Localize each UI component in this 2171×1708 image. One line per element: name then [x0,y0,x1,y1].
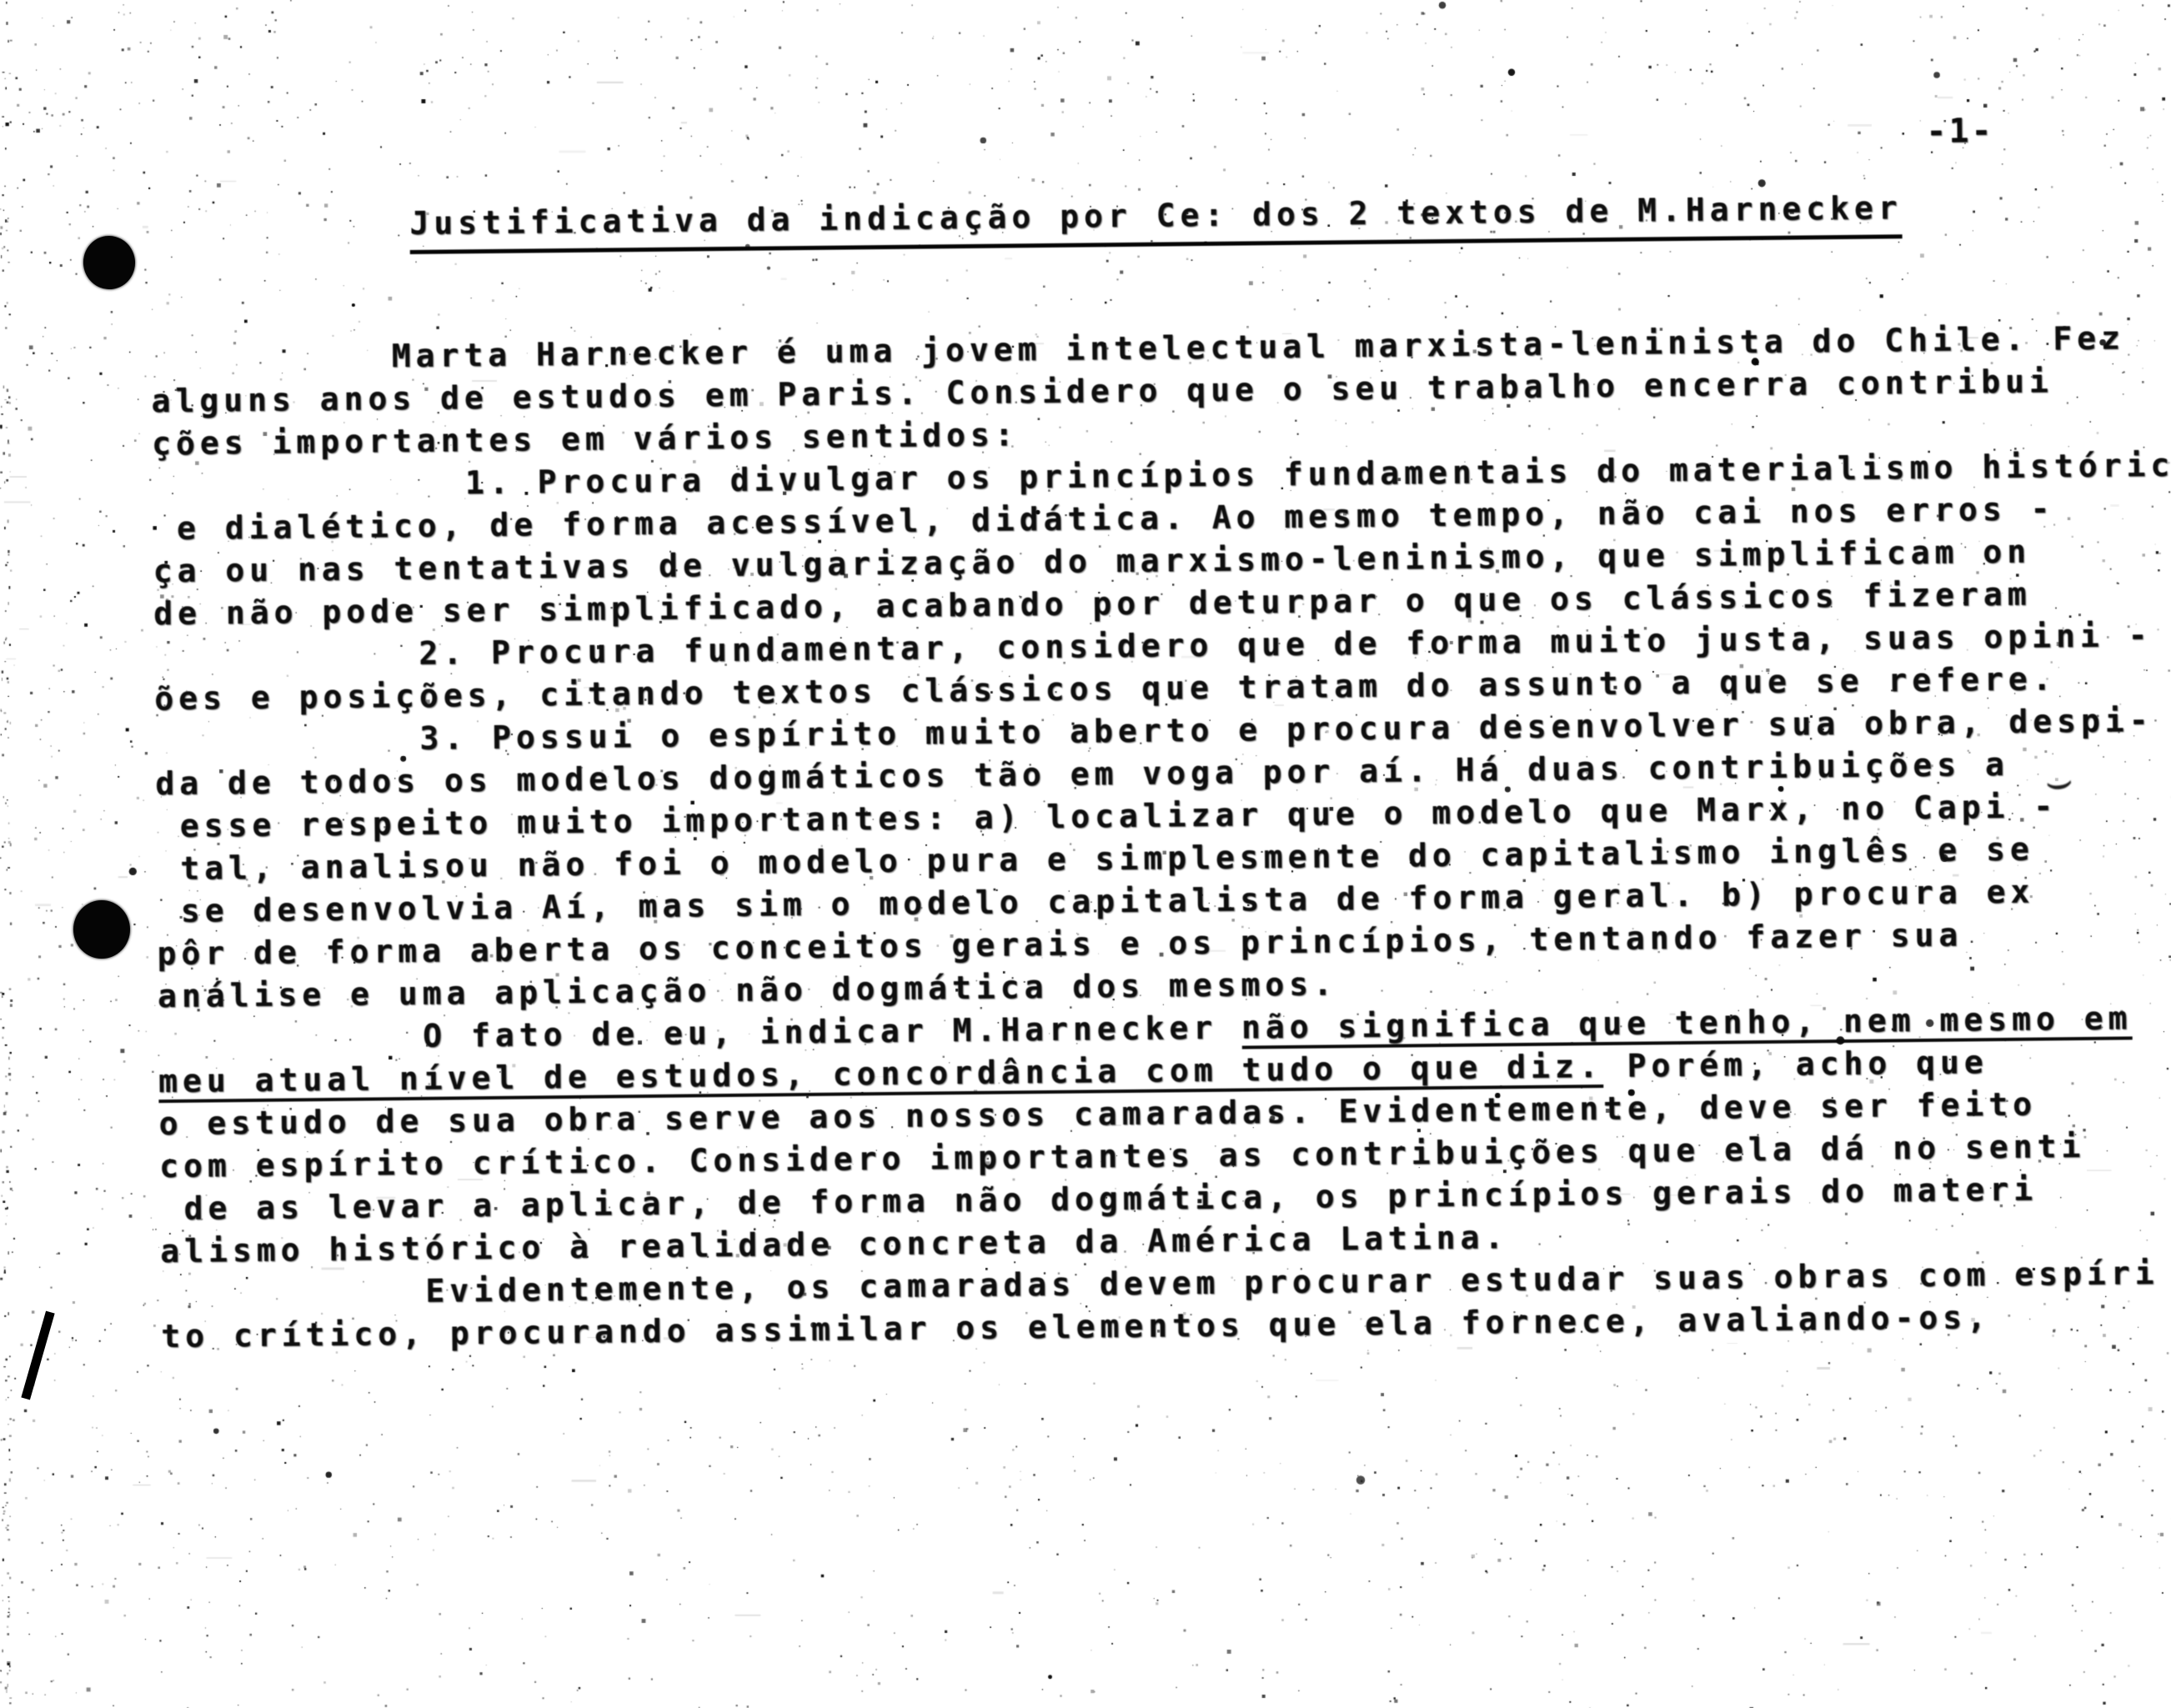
text-segment: ções importantes em vários sentidos: [152,416,1019,462]
hole-punch-bottom [73,900,130,959]
text-segment: O fato de eu, indicar M.Harnecker [423,1009,1241,1054]
handwritten-check-mark: ⌣ [2042,755,2076,809]
page-number: -1- [1926,112,1994,151]
scanned-page: -1- Justificativa da indicação por Ce: d… [0,0,2171,1708]
document-title: Justificativa da indicação por Ce: dos 2… [409,189,1903,254]
document-body: Marta Harnecker é uma jovem intelectual … [151,317,2171,1359]
text-segment: Porém, acho que [1603,1044,1988,1084]
document-content: -1- Justificativa da indicação por Ce: d… [0,0,2171,1708]
